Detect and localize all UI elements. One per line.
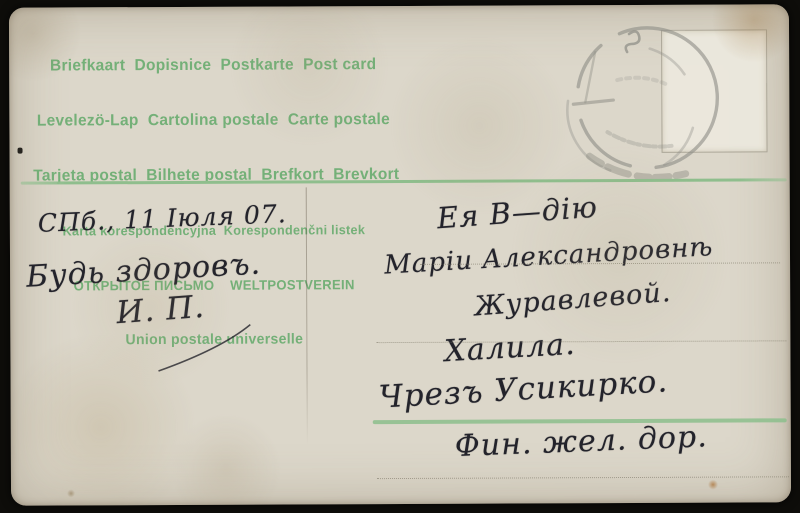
header-line-postcard: Briefkaart Dopisnice Postkarte Post card xyxy=(33,55,394,76)
postcard-back: Briefkaart Dopisnice Postkarte Post card… xyxy=(9,4,791,505)
postmark-icon xyxy=(555,6,738,189)
signature-flourish xyxy=(150,319,260,379)
address-surname: Журавлевой. xyxy=(473,277,672,323)
address-honorific: Ея В—дію xyxy=(436,190,599,236)
address-dotted-line xyxy=(376,340,786,343)
header-line-carte-postale: Levelezö-Lap Cartolina postale Carte pos… xyxy=(33,110,394,131)
ink-speck xyxy=(18,148,23,154)
address-name: Маріи Александровнѣ xyxy=(383,232,714,281)
address-via: Чрезъ Усикирко. xyxy=(378,363,669,415)
address-place: Халила. xyxy=(444,327,577,369)
address-dotted-line xyxy=(377,476,789,479)
scanned-photo-background: Briefkaart Dopisnice Postkarte Post card… xyxy=(0,0,800,513)
address-railway: Фин. жел. дор. xyxy=(454,419,708,464)
